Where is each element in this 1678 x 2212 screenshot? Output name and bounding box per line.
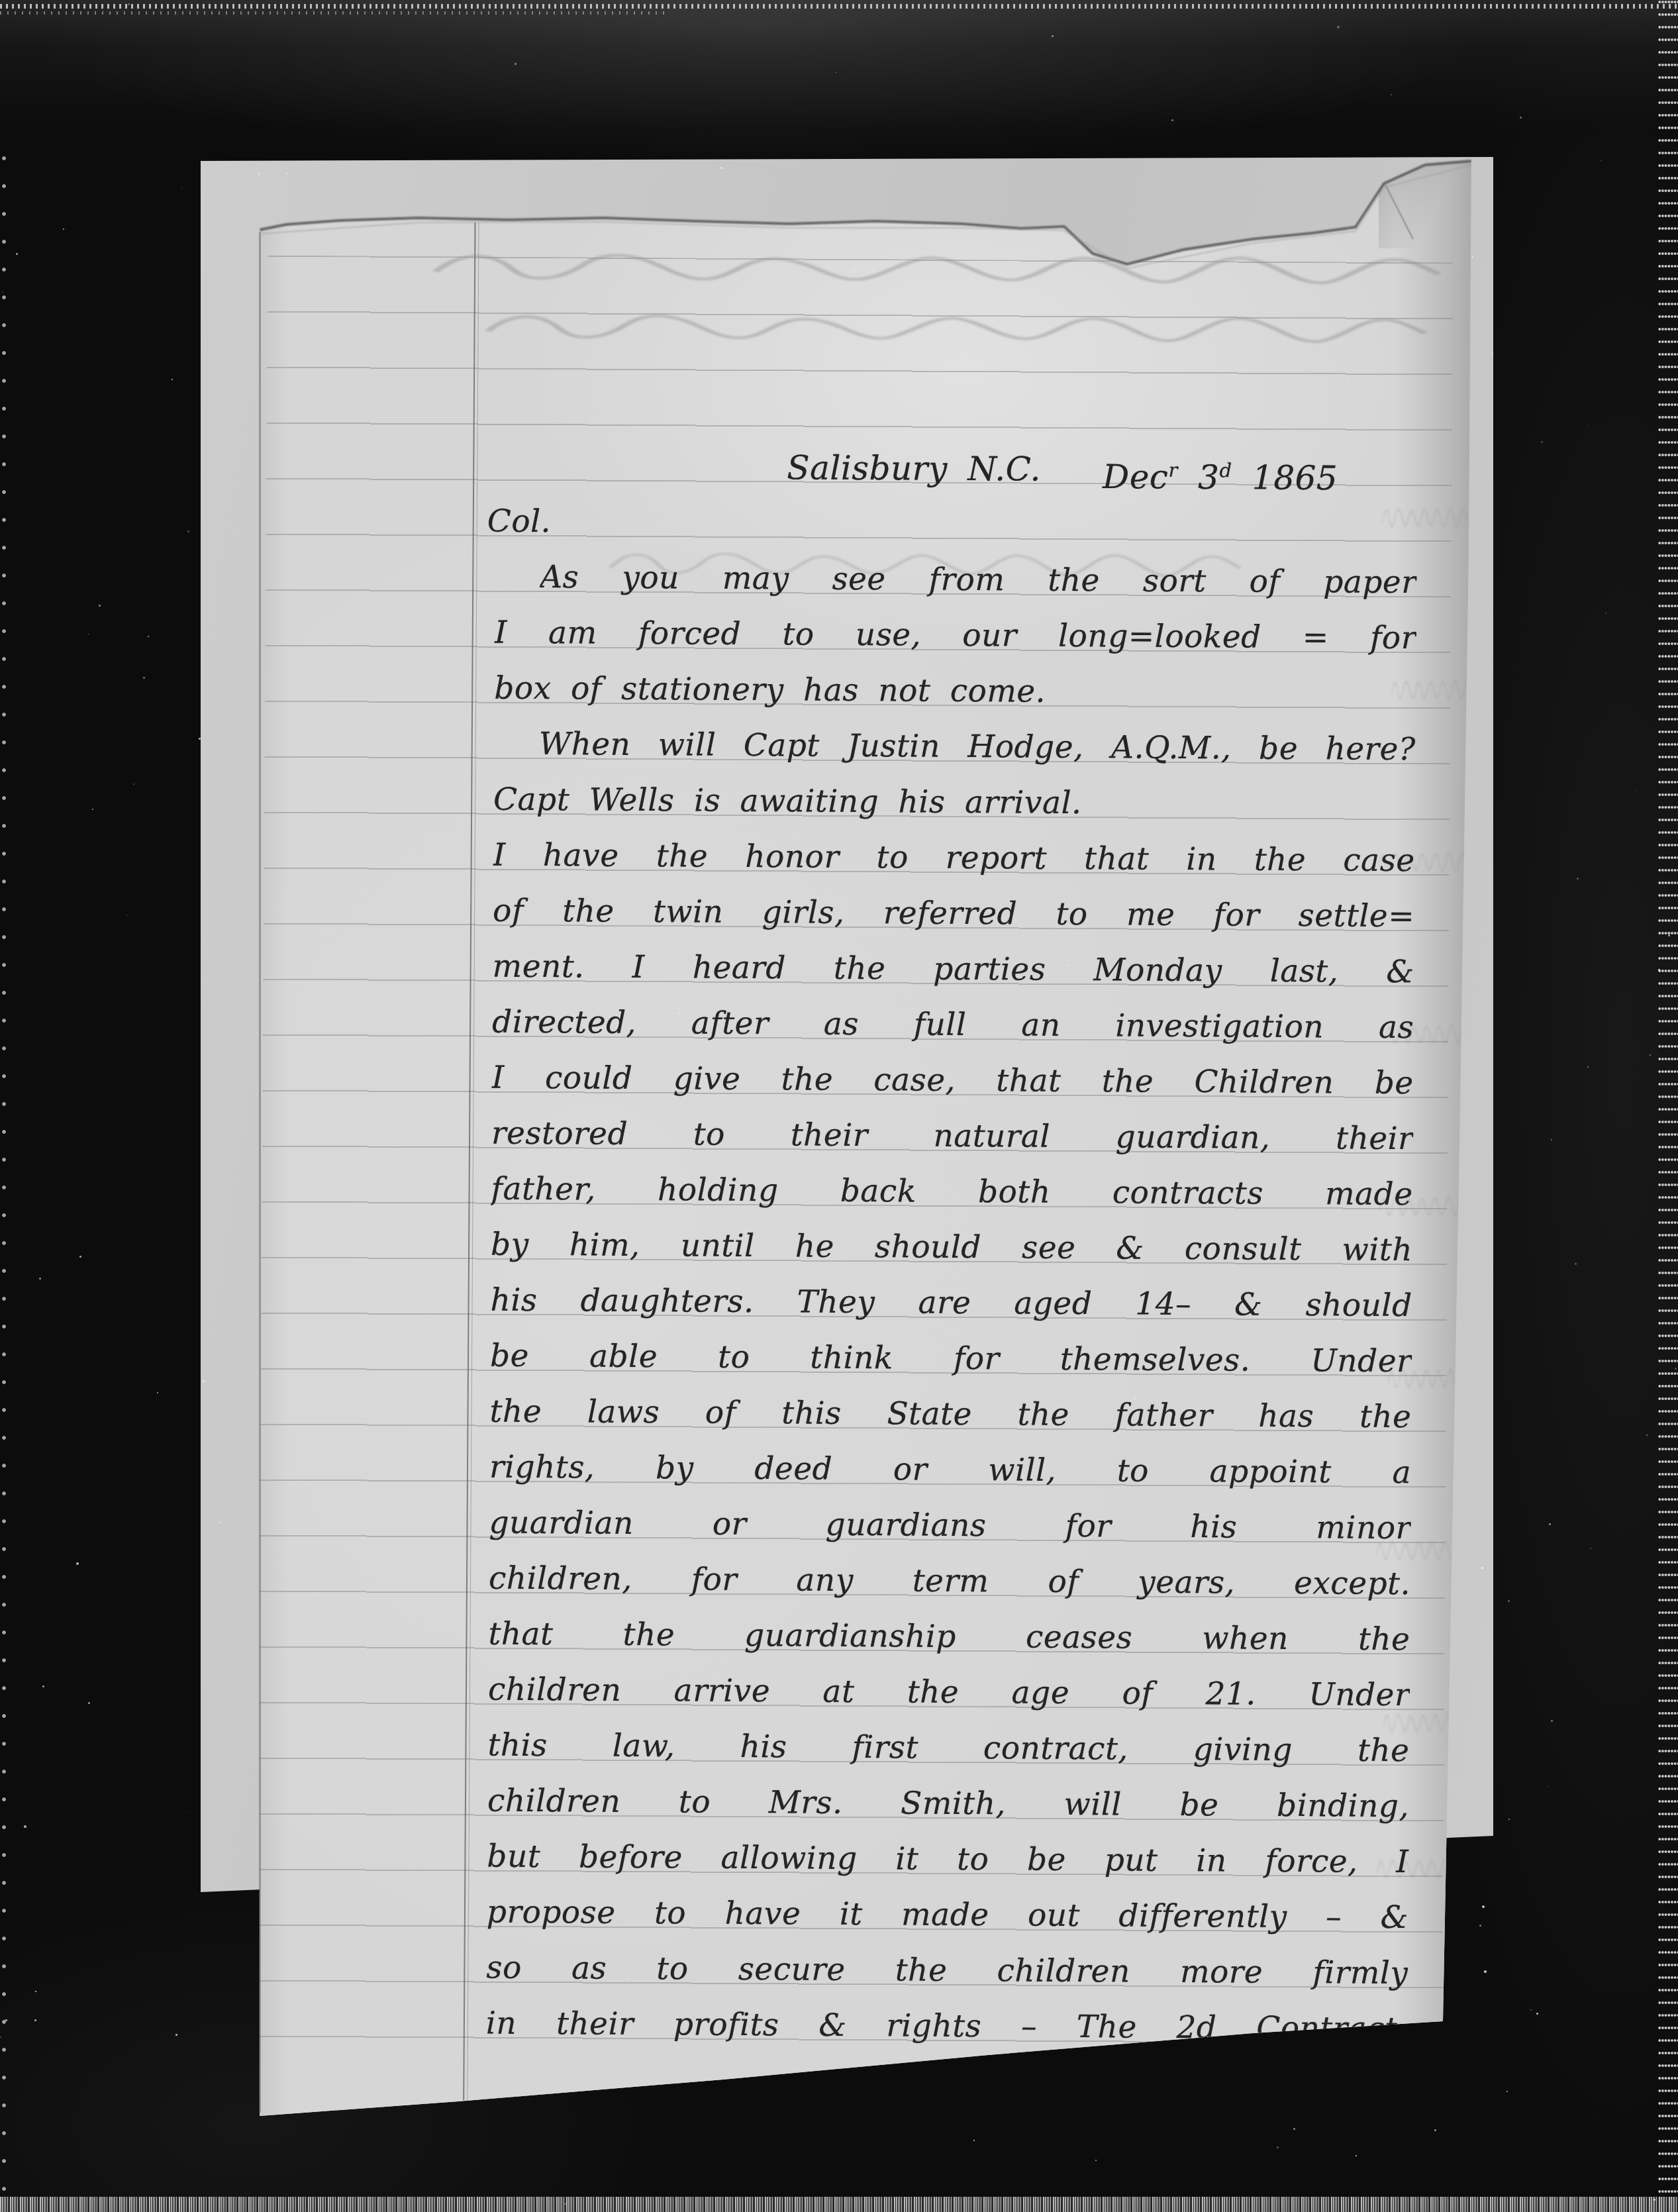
letter-line: ment. I heard the parties Monday last, & [492,939,1414,1001]
letter-salutation: Col. [487,494,552,550]
letter-line: be able to think for themselves. Under [490,1329,1412,1390]
letter-line: father, holding back both contracts made [491,1162,1412,1223]
film-edge-noise-bottom [0,2197,1678,2212]
film-edge-ticks-top [0,4,1678,9]
letter-line: children to Mrs. Smith, will be binding, [487,1774,1409,1835]
letter-line: I could give the case, that the Children… [491,1050,1413,1112]
letter-line: directed, after as full an investigation… [492,995,1414,1056]
letter-line: Capt Wells is awaiting his arrival. [493,772,1082,831]
dateline-place: Salisbury N.C. [787,440,1041,497]
film-edge-ticks-top-secondary [0,11,669,15]
letter-line: rights, by deed or will, to appoint a [489,1440,1411,1501]
letter-line: restored to their natural guardian, thei… [491,1106,1413,1168]
ghost-writing [483,307,1430,348]
letter-line: I have the honor to report that in the c… [493,828,1414,889]
letter-line: When will Capt Justin Hodge, A.Q.M., be … [538,717,1415,778]
dateline-date: Decr 3d 1865 [1103,442,1338,499]
letter-line: the laws of this State the father has th… [489,1384,1411,1446]
letter-line: I am forced to use, our long=looked = fo… [494,605,1416,667]
letter-line: guardian or guardians for his minor [489,1495,1410,1557]
letter-line: box of stationery has not come. [494,661,1046,720]
letter-line: that the guardianship ceases when the [488,1607,1410,1668]
ghost-writing [430,246,1444,289]
film-edge-perforation-left [0,152,10,2196]
microfilm-scan-frame: Salisbury N.C. Decr 3d 1865 Col. As you … [0,0,1678,2212]
letter-line: propose to have it made out differently … [487,1885,1408,1946]
letter-line: by him, until he should see & consult wi… [491,1217,1412,1279]
letter-line: of the twin girls, referred to me for se… [493,883,1414,945]
film-edge-perforation-right [1658,0,1678,2196]
letter-line: in their profits & rights – The 2d Contr… [486,1996,1408,2058]
letter-line: children arrive at the age of 21. Under [488,1662,1410,1724]
letter-line: children, for any term of years, except. [489,1551,1410,1613]
letter-page: Salisbury N.C. Decr 3d 1865 Col. As you … [260,156,1471,2116]
ghost-writing [1391,676,1471,703]
letter-dateline: Salisbury N.C. Decr 3d 1865 [787,440,1338,499]
letter-page-content: Salisbury N.C. Decr 3d 1865 Col. As you … [254,152,1477,2120]
letter-line: his daughters. They are aged 14– & shoul… [490,1273,1412,1334]
ghost-writing [1383,503,1467,530]
letter-line: but before allowing it to be put in forc… [487,1829,1408,1891]
page-left-edge-shadow [259,232,261,2113]
letter-line: this law, his first contract, giving the [487,1718,1409,1780]
letter-line: As you may see from the sort of paper [540,550,1416,611]
letter-line: so as to secure the children more firmly [486,1940,1408,2002]
